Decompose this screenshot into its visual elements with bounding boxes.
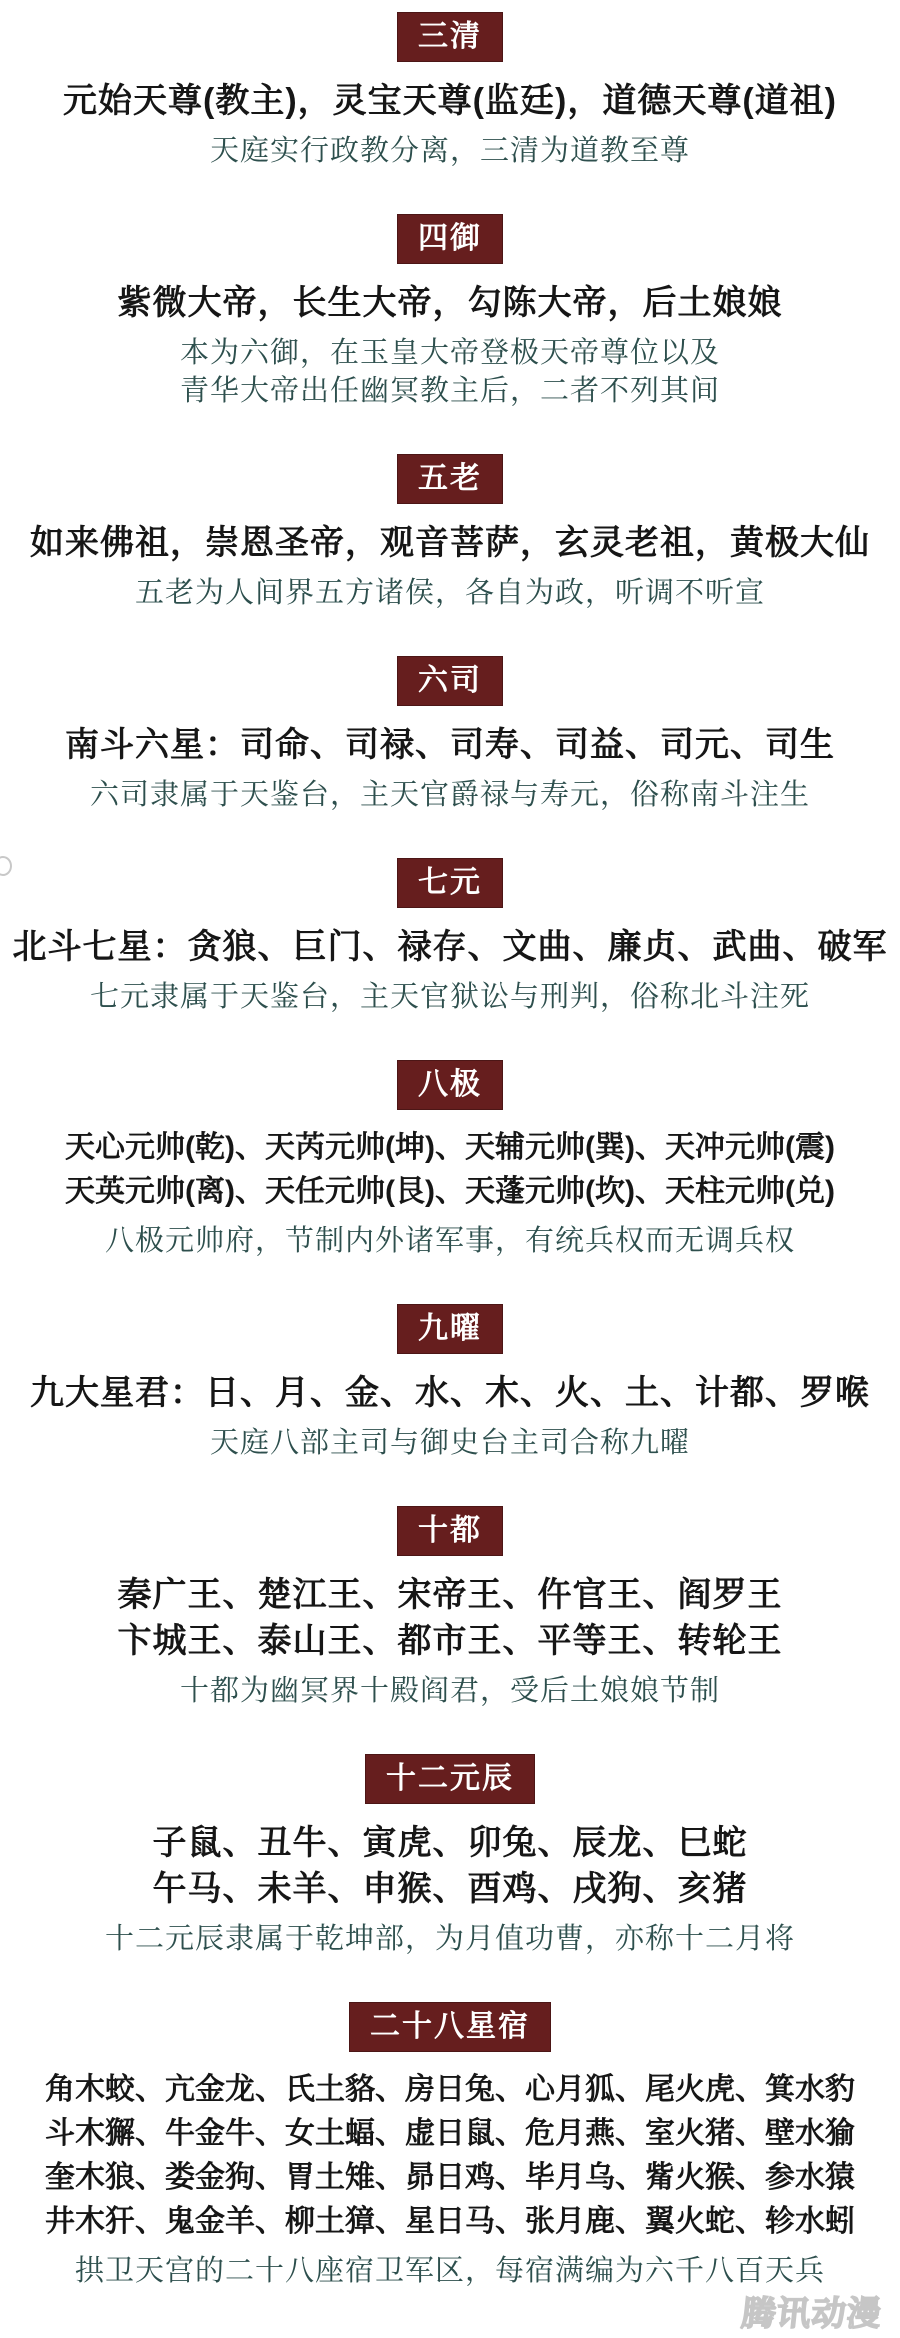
- section-10: 二十八星宿 角木蛟、亢金龙、氏土貉、房日兔、心月狐、尾火虎、箕水豹斗木獬、牛金牛…: [0, 2002, 900, 2290]
- deity-line: 如来佛祖，崇恩圣帝，观音菩萨，玄灵老祖，黄极大仙: [0, 520, 900, 566]
- deity-lines: 如来佛祖，崇恩圣帝，观音菩萨，玄灵老祖，黄极大仙: [0, 520, 900, 566]
- note-lines: 天庭实行政教分离，三清为道教至尊: [0, 132, 900, 170]
- deity-line: 南斗六星：司命、司禄、司寿、司益、司元、司生: [0, 722, 900, 768]
- deity-line: 奎木狼、娄金狗、胃土雉、昴日鸡、毕月乌、觜火猴、参水猿: [0, 2156, 900, 2200]
- section-badge: 十二元辰: [365, 1754, 535, 1804]
- section-badge: 六司: [397, 656, 503, 706]
- note-line: 天庭八部主司与御史台主司合称九曜: [0, 1424, 900, 1462]
- deity-line: 卞城王、泰山王、都市王、平等王、转轮王: [0, 1618, 900, 1664]
- deity-line: 午马、未羊、申猴、酉鸡、戌狗、亥猪: [0, 1866, 900, 1912]
- section-badge: 四御: [397, 214, 503, 264]
- note-lines: 拱卫天宫的二十八座宿卫军区，每宿满编为六千八百天兵: [0, 2252, 900, 2290]
- note-line: 十都为幽冥界十殿阎君，受后土娘娘节制: [0, 1672, 900, 1710]
- deity-lines: 子鼠、丑牛、寅虎、卯兔、辰龙、巳蛇午马、未羊、申猴、酉鸡、戌狗、亥猪: [0, 1820, 900, 1912]
- note-line: 八极元帅府，节制内外诸军事，有统兵权而无调兵权: [0, 1222, 900, 1260]
- note-lines: 天庭八部主司与御史台主司合称九曜: [0, 1424, 900, 1462]
- section-badge: 二十八星宿: [349, 2002, 551, 2052]
- deity-line: 斗木獬、牛金牛、女土蝠、虚日鼠、危月燕、室火猪、壁水㺄: [0, 2112, 900, 2156]
- section-badge: 七元: [397, 858, 503, 908]
- note-line: 十二元辰隶属于乾坤部，为月值功曹，亦称十二月将: [0, 1920, 900, 1958]
- deity-lines: 北斗七星：贪狼、巨门、禄存、文曲、廉贞、武曲、破军: [0, 924, 900, 970]
- section-3: 五老 如来佛祖，崇恩圣帝，观音菩萨，玄灵老祖，黄极大仙 五老为人间界五方诸侯，各…: [0, 454, 900, 612]
- deity-line: 元始天尊(教主)，灵宝天尊(监廷)，道德天尊(道祖): [0, 78, 900, 124]
- note-lines: 十二元辰隶属于乾坤部，为月值功曹，亦称十二月将: [0, 1920, 900, 1958]
- deity-line: 九大星君：日、月、金、水、木、火、土、计都、罗喉: [0, 1370, 900, 1416]
- note-line: 本为六御，在玉皇大帝登极天帝尊位以及: [0, 334, 900, 372]
- note-line: 六司隶属于天鉴台，主天官爵禄与寿元，俗称南斗注生: [0, 776, 900, 814]
- deity-line: 天英元帅(离)、天任元帅(艮)、天蓬元帅(坎)、天柱元帅(兑): [0, 1170, 900, 1214]
- deity-line: 井木犴、鬼金羊、柳土獐、星日马、张月鹿、翼火蛇、轸水蚓: [0, 2200, 900, 2244]
- deity-lines: 天心元帅(乾)、天芮元帅(坤)、天辅元帅(巽)、天冲元帅(震)天英元帅(离)、天…: [0, 1126, 900, 1214]
- section-1: 三清 元始天尊(教主)，灵宝天尊(监廷)，道德天尊(道祖) 天庭实行政教分离，三…: [0, 12, 900, 170]
- note-lines: 六司隶属于天鉴台，主天官爵禄与寿元，俗称南斗注生: [0, 776, 900, 814]
- note-line: 青华大帝出任幽冥教主后，二者不列其间: [0, 372, 900, 410]
- section-badge: 九曜: [397, 1304, 503, 1354]
- note-lines: 七元隶属于天鉴台，主天官狱讼与刑判，俗称北斗注死: [0, 978, 900, 1016]
- note-lines: 五老为人间界五方诸侯，各自为政，听调不听宣: [0, 574, 900, 612]
- note-line: 七元隶属于天鉴台，主天官狱讼与刑判，俗称北斗注死: [0, 978, 900, 1016]
- section-2: 四御 紫微大帝，长生大帝，勾陈大帝，后土娘娘 本为六御，在玉皇大帝登极天帝尊位以…: [0, 214, 900, 410]
- section-8: 十都 秦广王、楚江王、宋帝王、仵官王、阎罗王卞城王、泰山王、都市王、平等王、转轮…: [0, 1506, 900, 1710]
- deity-lines: 秦广王、楚江王、宋帝王、仵官王、阎罗王卞城王、泰山王、都市王、平等王、转轮王: [0, 1572, 900, 1664]
- deity-lines: 元始天尊(教主)，灵宝天尊(监廷)，道德天尊(道祖): [0, 78, 900, 124]
- deity-line: 紫微大帝，长生大帝，勾陈大帝，后土娘娘: [0, 280, 900, 326]
- deity-line: 角木蛟、亢金龙、氏土貉、房日兔、心月狐、尾火虎、箕水豹: [0, 2068, 900, 2112]
- deity-lines: 九大星君：日、月、金、水、木、火、土、计都、罗喉: [0, 1370, 900, 1416]
- deity-line: 天心元帅(乾)、天芮元帅(坤)、天辅元帅(巽)、天冲元帅(震): [0, 1126, 900, 1170]
- deity-lines: 南斗六星：司命、司禄、司寿、司益、司元、司生: [0, 722, 900, 768]
- section-badge: 十都: [397, 1506, 503, 1556]
- deity-line: 秦广王、楚江王、宋帝王、仵官王、阎罗王: [0, 1572, 900, 1618]
- deity-line: 北斗七星：贪狼、巨门、禄存、文曲、廉贞、武曲、破军: [0, 924, 900, 970]
- sections-container: 三清 元始天尊(教主)，灵宝天尊(监廷)，道德天尊(道祖) 天庭实行政教分离，三…: [0, 12, 900, 2290]
- section-badge: 八极: [397, 1060, 503, 1110]
- section-6: 八极 天心元帅(乾)、天芮元帅(坤)、天辅元帅(巽)、天冲元帅(震)天英元帅(离…: [0, 1060, 900, 1260]
- section-badge: 三清: [397, 12, 503, 62]
- section-4: 六司 南斗六星：司命、司禄、司寿、司益、司元、司生 六司隶属于天鉴台，主天官爵禄…: [0, 656, 900, 814]
- note-line: 五老为人间界五方诸侯，各自为政，听调不听宣: [0, 574, 900, 612]
- note-lines: 十都为幽冥界十殿阎君，受后土娘娘节制: [0, 1672, 900, 1710]
- note-lines: 八极元帅府，节制内外诸军事，有统兵权而无调兵权: [0, 1222, 900, 1260]
- note-line: 拱卫天宫的二十八座宿卫军区，每宿满编为六千八百天兵: [0, 2252, 900, 2290]
- watermark-logo: 腾讯动漫: [739, 2286, 884, 2335]
- deity-lines: 角木蛟、亢金龙、氏土貉、房日兔、心月狐、尾火虎、箕水豹斗木獬、牛金牛、女土蝠、虚…: [0, 2068, 900, 2244]
- section-9: 十二元辰 子鼠、丑牛、寅虎、卯兔、辰龙、巳蛇午马、未羊、申猴、酉鸡、戌狗、亥猪 …: [0, 1754, 900, 1958]
- section-7: 九曜 九大星君：日、月、金、水、木、火、土、计都、罗喉 天庭八部主司与御史台主司…: [0, 1304, 900, 1462]
- section-badge: 五老: [397, 454, 503, 504]
- deity-line: 子鼠、丑牛、寅虎、卯兔、辰龙、巳蛇: [0, 1820, 900, 1866]
- note-line: 天庭实行政教分离，三清为道教至尊: [0, 132, 900, 170]
- page-root: 三清 元始天尊(教主)，灵宝天尊(监廷)，道德天尊(道祖) 天庭实行政教分离，三…: [0, 0, 900, 2338]
- deity-lines: 紫微大帝，长生大帝，勾陈大帝，后土娘娘: [0, 280, 900, 326]
- section-5: 七元 北斗七星：贪狼、巨门、禄存、文曲、廉贞、武曲、破军 七元隶属于天鉴台，主天…: [0, 858, 900, 1016]
- note-lines: 本为六御，在玉皇大帝登极天帝尊位以及青华大帝出任幽冥教主后，二者不列其间: [0, 334, 900, 410]
